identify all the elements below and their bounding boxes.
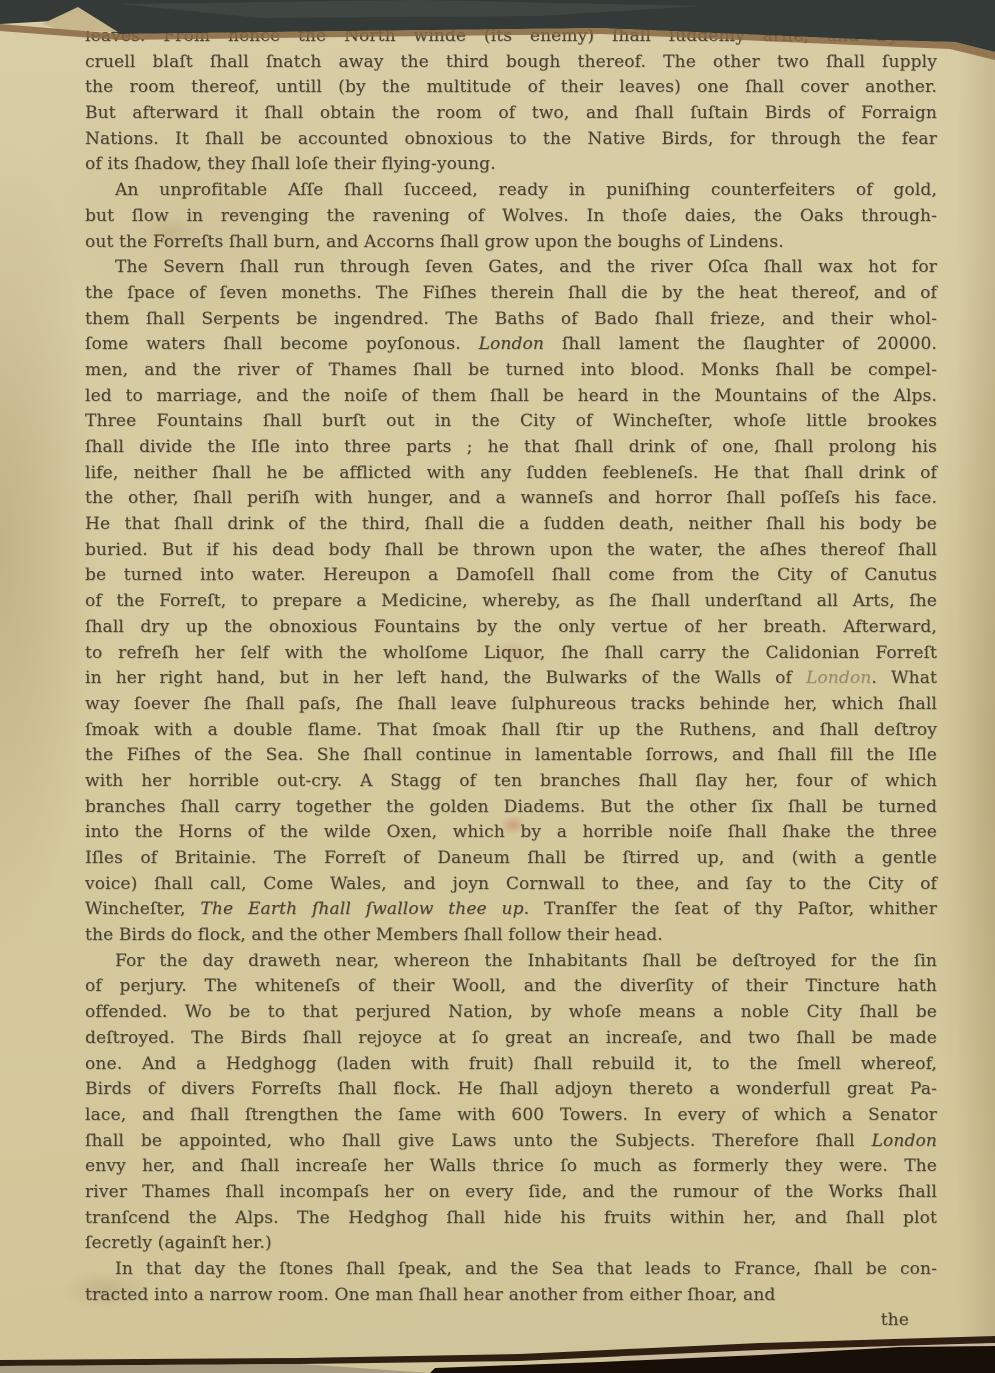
text-run: offended. Wo be to that perjured Nation,… (85, 1002, 937, 1022)
text-line: Nations. It ſhall be accounted obnoxious… (85, 127, 937, 153)
page-curl-shadow (957, 0, 995, 1373)
text-line: but ſlow in revenging the ravening of Wo… (85, 204, 937, 230)
bottom-page-edge-line (0, 1336, 995, 1366)
text-run: For the day draweth near, whereon the In… (115, 951, 937, 971)
text-run: cruell blaſt ſhall ſnatch away the third… (85, 52, 937, 72)
text-line: of the Forreſt, to prepare a Medicine, w… (85, 589, 937, 615)
text-line: ſecretly (againſt her.) (85, 1231, 937, 1257)
text-line: into the Horns of the wilde Oxen, which … (85, 820, 937, 846)
text-line: them ſhall Serpents be ingendred. The Ba… (85, 307, 937, 333)
text-line: leaves. From hence the North winde (its … (85, 24, 937, 50)
text-line: An unprofitable Aſſe ſhall ſucceed, read… (85, 178, 937, 204)
text-line: Birds of divers Forreſts ſhall flock. He… (85, 1077, 937, 1103)
text-run: Three Fountains ſhall burſt out in the C… (85, 411, 937, 431)
text-line: life, neither ſhall he be afflicted with… (85, 461, 937, 487)
text-run: with her horrible out-cry. A Stagg of te… (85, 771, 937, 791)
text-line: in her right hand, but in her left hand,… (85, 666, 937, 692)
italic-text-run: London (872, 1131, 937, 1151)
text-run: be turned into water. Hereupon a Damoſel… (85, 565, 937, 585)
text-line: buried. But if his dead body ſhall be th… (85, 538, 937, 564)
cover-texture (120, 0, 700, 18)
text-run: way ſoever ſhe ſhall paſs, ſhe ſhall lea… (85, 694, 937, 714)
italic-text-run: London (806, 668, 871, 688)
text-line: the other, ſhall periſh with hunger, and… (85, 486, 937, 512)
text-run: to refreſh her ſelf with the wholſome Li… (85, 643, 937, 663)
bottom-left-sliver (0, 1364, 430, 1373)
text-run: Wincheſter, (85, 899, 200, 919)
text-run: the Birds do flock, and the other Member… (85, 925, 663, 945)
text-run: Iſles of Britainie. The Forreſt of Daneu… (85, 848, 937, 868)
text-run: tranſcend the Alps. The Hedghog ſhall hi… (85, 1208, 937, 1228)
text-run: of its ſhadow, they ſhall loſe their fly… (85, 154, 496, 174)
italic-text-run: London (479, 334, 544, 354)
text-line: the ſpace of ſeven moneths. The Fiſhes t… (85, 281, 937, 307)
text-line: He that ſhall drink of the third, ſhall … (85, 512, 937, 538)
text-run: ſecretly (againſt her.) (85, 1233, 272, 1253)
text-run: lace, and ſhall ſtrengthen the ſame with… (85, 1105, 937, 1125)
text-line: to refreſh her ſelf with the wholſome Li… (85, 641, 937, 667)
text-line: voice) ſhall call, Come Wales, and joyn … (85, 872, 937, 898)
text-line: The Severn ſhall run through ſeven Gates… (85, 255, 937, 281)
text-line: For the day draweth near, whereon the In… (85, 949, 937, 975)
text-run: of the Forreſt, to prepare a Medicine, w… (85, 591, 937, 611)
text-line: be turned into water. Hereupon a Damoſel… (85, 563, 937, 589)
text-line: Three Fountains ſhall burſt out in the C… (85, 409, 937, 435)
text-line: deſtroyed. The Birds ſhall rejoyce at ſo… (85, 1026, 937, 1052)
text-line: In that day the ſtones ſhall ſpeak, and … (85, 1257, 937, 1283)
text-line: the Birds do flock, and the other Member… (85, 923, 937, 949)
text-run: tracted into a narrow room. One man ſhal… (85, 1285, 775, 1305)
text-line: ſome waters ſhall become poyſonous. Lond… (85, 332, 937, 358)
text-run: In that day the ſtones ſhall ſpeak, and … (115, 1259, 937, 1279)
text-run: led to marriage, and the noiſe of them ſ… (85, 386, 937, 406)
text-run: the Fiſhes of the Sea. She ſhall continu… (85, 745, 937, 765)
text-run: river Thames ſhall incompaſs her on ever… (85, 1182, 937, 1202)
text-run: . What (871, 668, 937, 688)
text-line: cruell blaſt ſhall ſnatch away the third… (85, 50, 937, 76)
text-run: He that ſhall drink of the third, ſhall … (85, 514, 937, 534)
text-line: with her horrible out-cry. A Stagg of te… (85, 769, 937, 795)
text-line: envy her, and ſhall increaſe her Walls t… (85, 1154, 937, 1180)
text-run: ſhall divide the Iſle into three parts ;… (85, 437, 937, 457)
text-run: ſome waters ſhall become poyſonous. (85, 334, 479, 354)
catchword: the (85, 1308, 937, 1334)
text-run: But afterward it ſhall obtain the room o… (85, 103, 937, 123)
text-run: one. And a Hedghogg (laden with fruit) ſ… (85, 1054, 937, 1074)
text-line: ſhall be appointed, who ſhall give Laws … (85, 1129, 937, 1155)
text-run: Tranſfer the ſeat of thy Paſtor, whither (529, 899, 937, 919)
text-line: of its ſhadow, they ſhall loſe their fly… (85, 152, 937, 178)
text-line: ſmoak with a double flame. That ſmoak ſh… (85, 718, 937, 744)
text-run: ſmoak with a double flame. That ſmoak ſh… (85, 720, 937, 740)
text-line: tracted into a narrow room. One man ſhal… (85, 1283, 937, 1309)
text-run: leaves. From hence the North winde (its … (85, 26, 937, 46)
text-run: ſhall lament the ſlaughter of 20000. (544, 334, 937, 354)
text-line: river Thames ſhall incompaſs her on ever… (85, 1180, 937, 1206)
page-text-block: leaves. From hence the North winde (its … (85, 24, 937, 1334)
text-run: in her right hand, but in her left hand,… (85, 668, 806, 688)
text-line: the Fiſhes of the Sea. She ſhall continu… (85, 743, 937, 769)
text-run: the ſpace of ſeven moneths. The Fiſhes t… (85, 283, 937, 303)
text-run: ſhall dry up the obnoxious Fountains by … (85, 617, 937, 637)
text-run: ſhall be appointed, who ſhall give Laws … (85, 1131, 872, 1151)
text-run: the room thereof, untill (by the multitu… (85, 77, 937, 97)
text-line: one. And a Hedghogg (laden with fruit) ſ… (85, 1052, 937, 1078)
text-run: buried. But if his dead body ſhall be th… (85, 540, 937, 560)
text-line: out the Forreſts ſhall burn, and Accorns… (85, 230, 937, 256)
text-line: But afterward it ſhall obtain the room o… (85, 101, 937, 127)
text-run: of perjury. The whiteneſs of their Wooll… (85, 976, 937, 996)
text-run: out the Forreſts ſhall burn, and Accorns… (85, 232, 784, 252)
text-line: tranſcend the Alps. The Hedghog ſhall hi… (85, 1206, 937, 1232)
text-run: into the Horns of the wilde Oxen, which … (85, 822, 937, 842)
text-run: Nations. It ſhall be accounted obnoxious… (85, 129, 937, 149)
text-line: Wincheſter, The Earth ſhall ſwallow thee… (85, 897, 937, 923)
text-run: voice) ſhall call, Come Wales, and joyn … (85, 874, 937, 894)
text-line: ſhall divide the Iſle into three parts ;… (85, 435, 937, 461)
text-line: of perjury. The whiteneſs of their Wooll… (85, 974, 937, 1000)
text-line: offended. Wo be to that perjured Nation,… (85, 1000, 937, 1026)
italic-text-run: The Earth ſhall ſwallow thee up. (200, 899, 529, 919)
text-run: deſtroyed. The Birds ſhall rejoyce at ſo… (85, 1028, 937, 1048)
text-line: branches ſhall carry together the golden… (85, 795, 937, 821)
text-run: them ſhall Serpents be ingendred. The Ba… (85, 309, 937, 329)
text-line: ſhall dry up the obnoxious Fountains by … (85, 615, 937, 641)
text-run: An unprofitable Aſſe ſhall ſucceed, read… (115, 180, 937, 200)
text-run: Birds of divers Forreſts ſhall flock. He… (85, 1079, 937, 1099)
bottom-shadow-wedge (430, 1346, 995, 1373)
text-run: envy her, and ſhall increaſe her Walls t… (85, 1156, 937, 1176)
text-run: the other, ſhall periſh with hunger, and… (85, 488, 937, 508)
book-page-scan: leaves. From hence the North winde (its … (0, 0, 995, 1373)
text-line: led to marriage, and the noiſe of them ſ… (85, 384, 937, 410)
text-line: the room thereof, untill (by the multitu… (85, 75, 937, 101)
bottom-edge-highlight (620, 1343, 995, 1361)
text-line: men, and the river of Thames ſhall be tu… (85, 358, 937, 384)
text-run: but ſlow in revenging the ravening of Wo… (85, 206, 937, 226)
text-line: Iſles of Britainie. The Forreſt of Daneu… (85, 846, 937, 872)
text-run: The Severn ſhall run through ſeven Gates… (115, 257, 937, 277)
text-line: lace, and ſhall ſtrengthen the ſame with… (85, 1103, 937, 1129)
text-run: branches ſhall carry together the golden… (85, 797, 937, 817)
text-run: men, and the river of Thames ſhall be tu… (85, 360, 937, 380)
text-run: life, neither ſhall he be afflicted with… (85, 463, 937, 483)
text-line: way ſoever ſhe ſhall paſs, ſhe ſhall lea… (85, 692, 937, 718)
